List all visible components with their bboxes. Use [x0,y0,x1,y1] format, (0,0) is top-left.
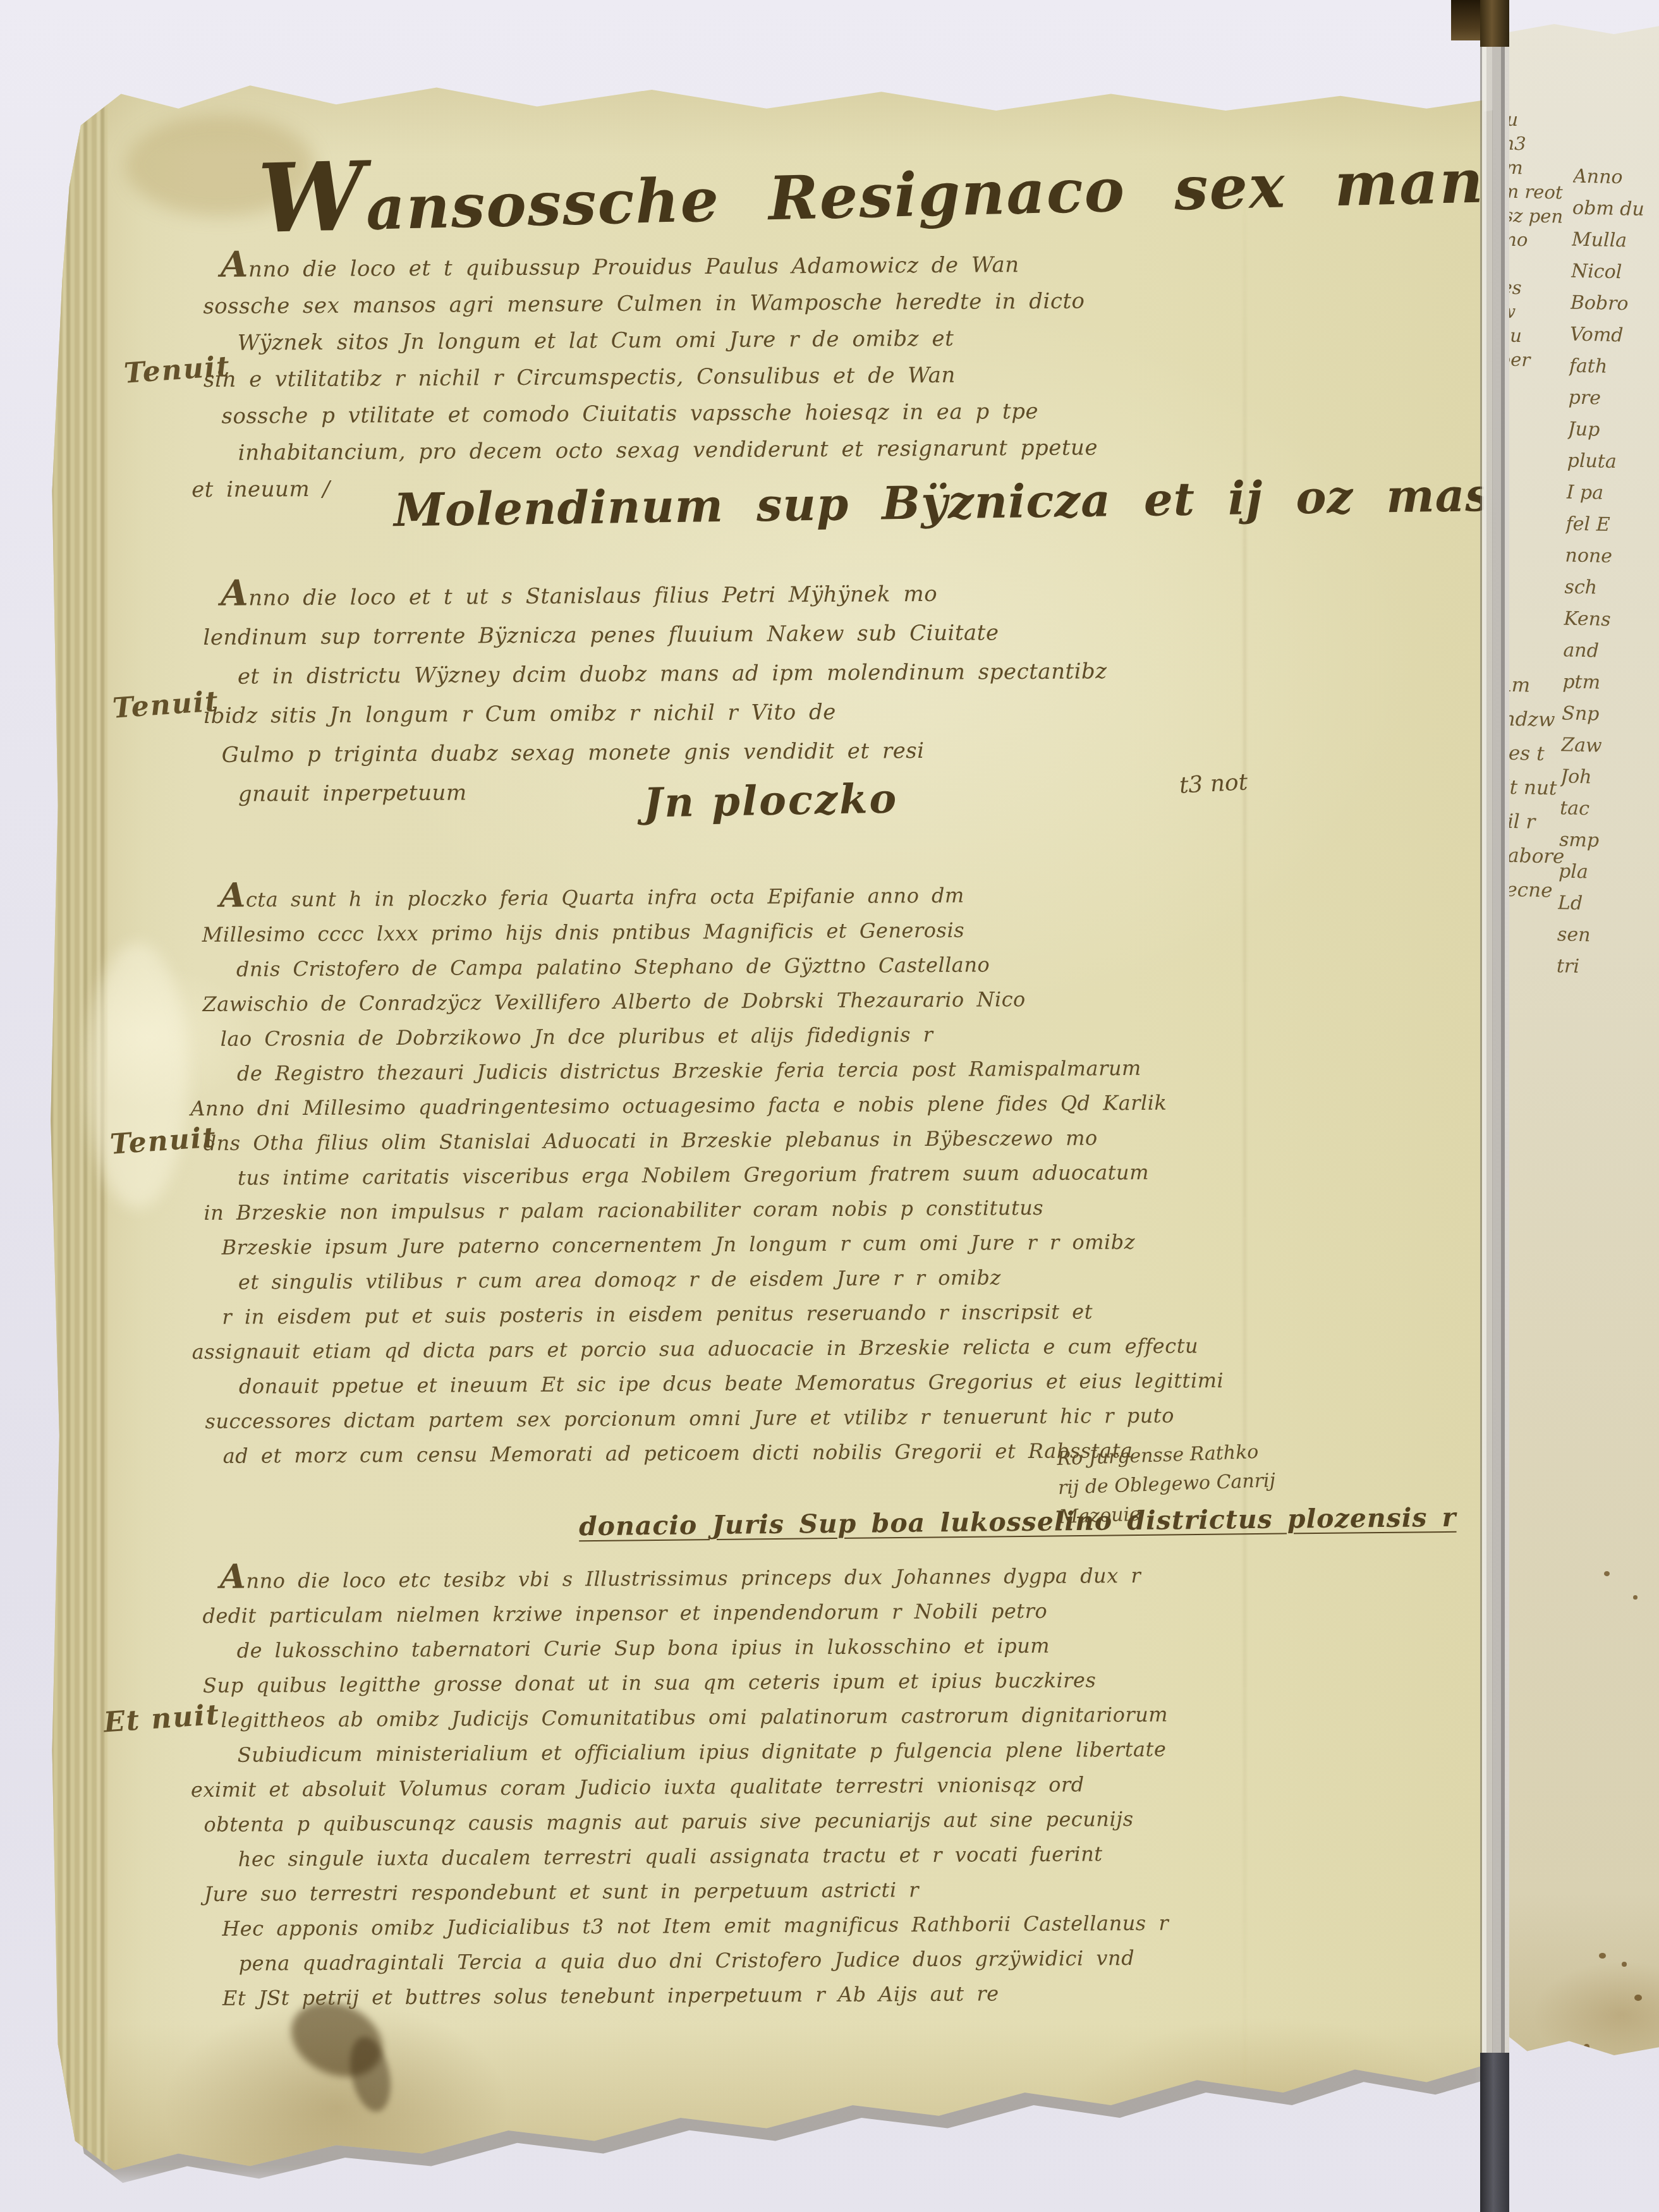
cut-word: sen [1557,919,1652,952]
cut-word: fath [1569,351,1659,384]
cut-word: Vomd [1569,319,1659,353]
spine-edge-top [1451,0,1481,40]
entry-text-acta: Acta sunt h in ploczko feria Quarta infr… [219,871,1424,1474]
cut-word: I pa [1566,477,1659,510]
text-line: Anno die loco et t ut s Stanislaus filiu… [221,566,1421,618]
foxing-spot [1634,1995,1642,2001]
cut-word: Kens [1564,603,1659,636]
cut-word: none [1565,540,1659,573]
subheading-in-ploczko: Jn ploczko [643,775,898,827]
text-line: Et JSt petrij et buttres solus tenebunt … [222,1974,1423,2016]
text-line: ibidz sitis Jn longum r Cum omibz r nich… [204,689,1422,736]
cut-word: pre [1568,382,1659,415]
cut-word: Bobro [1570,288,1659,321]
cut-word: des t [1496,736,1591,772]
foxing-spot [1622,1962,1627,1967]
text-line: lendinum sup torrente Bÿznicza penes flu… [203,611,1421,657]
entry-text-wansosche: Anno die loco et t quibussup Prouidus Pa… [221,239,1423,508]
entry-title-wansosche: Wansossche Resignaco sex mansoz [257,114,1447,255]
scan-background: Wansossche Resignaco sex mansoz Tenuit A… [0,0,1659,2212]
book-fore-edge-stack [49,71,107,2170]
entry-text-donacio: Anno die loco etc tesibz vbi s Illustris… [220,1552,1423,2016]
cut-word: mdzw [1497,702,1592,738]
text-line: Gulmo p triginta duabz sexag monete gnis… [221,728,1422,775]
clamp-glass-mid [1480,47,1509,2053]
foxing-spot [1604,1571,1610,1576]
subheading-donacio-juris: donacio Juris Sup boa lukosselino distri… [579,1502,1457,1542]
cut-word: fel E [1565,508,1659,542]
margin-note-tenuit-3: Tenuit [109,1121,217,1161]
text-line: Anno die loco etc tesibz vbi s Illustris… [220,1552,1421,1599]
cut-word: Et nut [1495,770,1590,806]
cut-word: Mulla [1571,224,1659,258]
foxing-spot [1633,1595,1638,1600]
manuscript-right-page-sliver: Annoobm duMullaNicolBobroVomdfathpreJupp… [1509,24,1659,2055]
nota-mark: t3 not [1179,769,1248,799]
cut-word: obm du [1572,193,1659,226]
cut-word: pluta [1567,445,1659,478]
clamp-dark-top [1480,0,1509,47]
margin-note-tenuit-4: Et nuit [102,1699,221,1739]
cut-word: and [1563,635,1658,668]
foxing-spot [1615,2064,1624,2070]
text-line: et in districtu Wÿzney dcim duobz mans a… [238,650,1422,696]
ink-blot [344,2033,397,2115]
clamp-dark-bottom [1480,2053,1509,2212]
text-line: Anno die loco et t quibussup Prouidus Pa… [221,239,1421,288]
cut-word: Jup [1567,413,1659,447]
cut-word: Anno [1573,161,1659,195]
manuscript-left-page: Wansossche Resignaco sex mansoz Tenuit A… [49,71,1484,2170]
cut-word: tri [1556,951,1651,984]
foxing-spot [1599,1953,1606,1959]
book-clamp-strip [1480,0,1509,2212]
cut-word: Am [1497,667,1593,703]
cut-word: sch [1564,571,1659,605]
text-line: Acta sunt h in ploczko feria Quarta infr… [219,871,1420,918]
cut-word: Nicol [1571,256,1659,289]
foxing-spot [1584,2044,1589,2050]
